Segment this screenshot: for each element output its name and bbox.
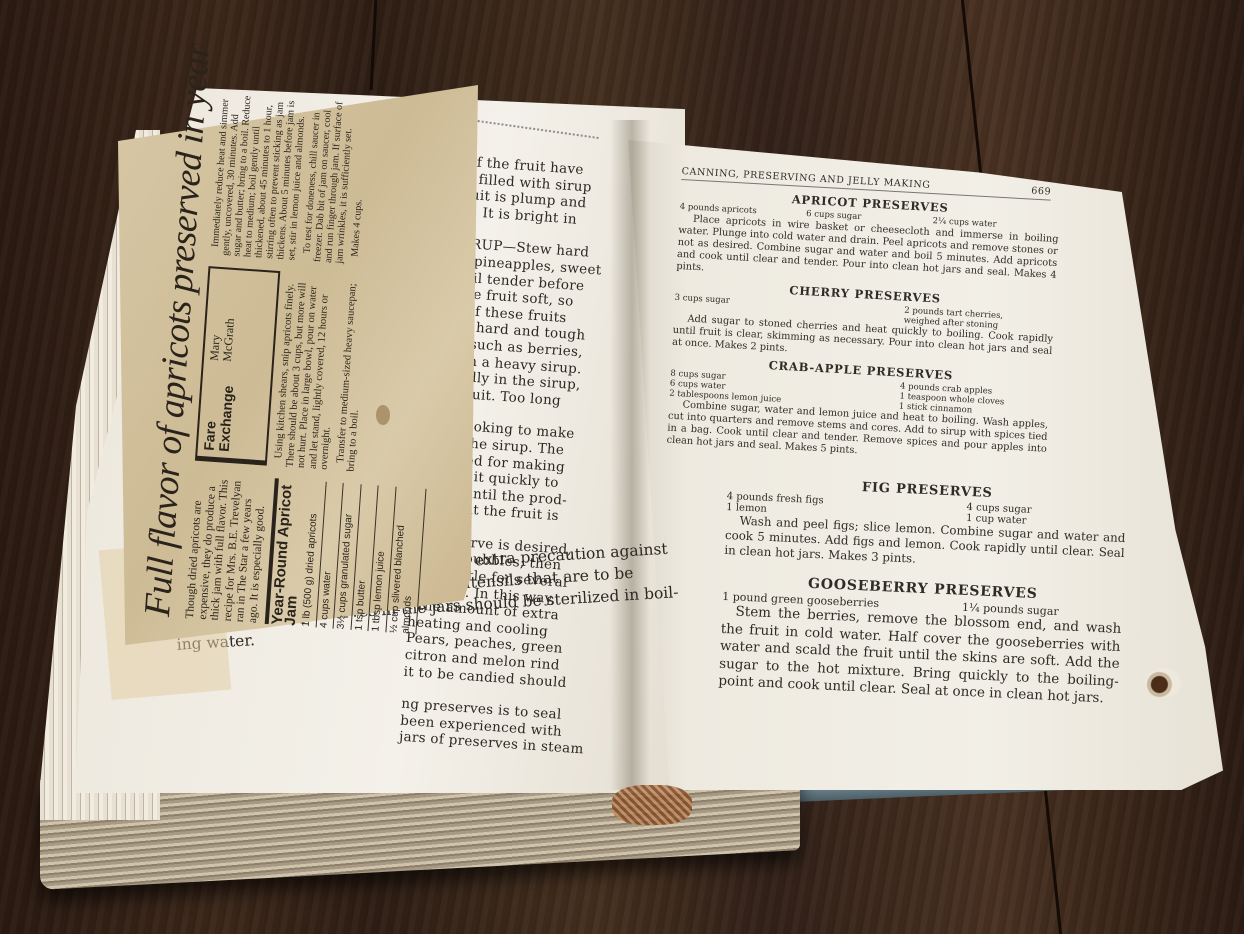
method-paragraph: Immediately reduce heat and simmer gentl… <box>209 89 308 260</box>
method-paragraph: Using kitchen shears, snip apricots fine… <box>273 272 344 470</box>
clipping-column-2: Fare Exchange Mary McGrath Using kitchen… <box>195 266 441 476</box>
clipping-intro: Though dried apricots are expensive, the… <box>184 473 269 624</box>
recipe-apricot-preserves: APRICOT PRESERVES 4 pounds apricots 6 cu… <box>676 186 1060 294</box>
page-number: 669 <box>1031 186 1052 198</box>
column-title: Fare Exchange <box>202 370 267 454</box>
page-hole-damage <box>1145 668 1181 698</box>
clipping-body: Though dried apricots are expensive, the… <box>184 89 453 634</box>
author-line: McGrath <box>221 318 237 362</box>
column-author: Mary McGrath <box>208 317 271 364</box>
clipping-column-1: Though dried apricots are expensive, the… <box>184 473 426 635</box>
column-logo-box: Fare Exchange Mary McGrath <box>195 266 280 465</box>
recipe-fig-preserves: FIG PRESERVES 4 pounds fresh figs 1 lemo… <box>724 474 1127 576</box>
clipping-content: Full flavor of apricots preserved in yea… <box>138 86 504 638</box>
method-paragraph: To test for doneness, chill saucer in fr… <box>301 96 356 264</box>
book-gutter <box>610 120 650 790</box>
recipe-gooseberry-preserves: GOOSEBERRY PRESERVES 1 pound green goose… <box>718 572 1123 709</box>
right-page-lower-content: FIG PRESERVES 4 pounds fresh figs 1 lemo… <box>718 470 1128 708</box>
right-page-upper-content: CANNING, PRESERVING AND JELLY MAKING 669… <box>666 166 1061 468</box>
book-headband <box>612 785 692 825</box>
clipping-method-part-1: Using kitchen shears, snip apricots fine… <box>273 272 371 472</box>
clipping-column-3: Immediately reduce heat and simmer gentl… <box>209 89 452 270</box>
recipe-method: Stem the berries, remove the blossom end… <box>718 603 1122 709</box>
